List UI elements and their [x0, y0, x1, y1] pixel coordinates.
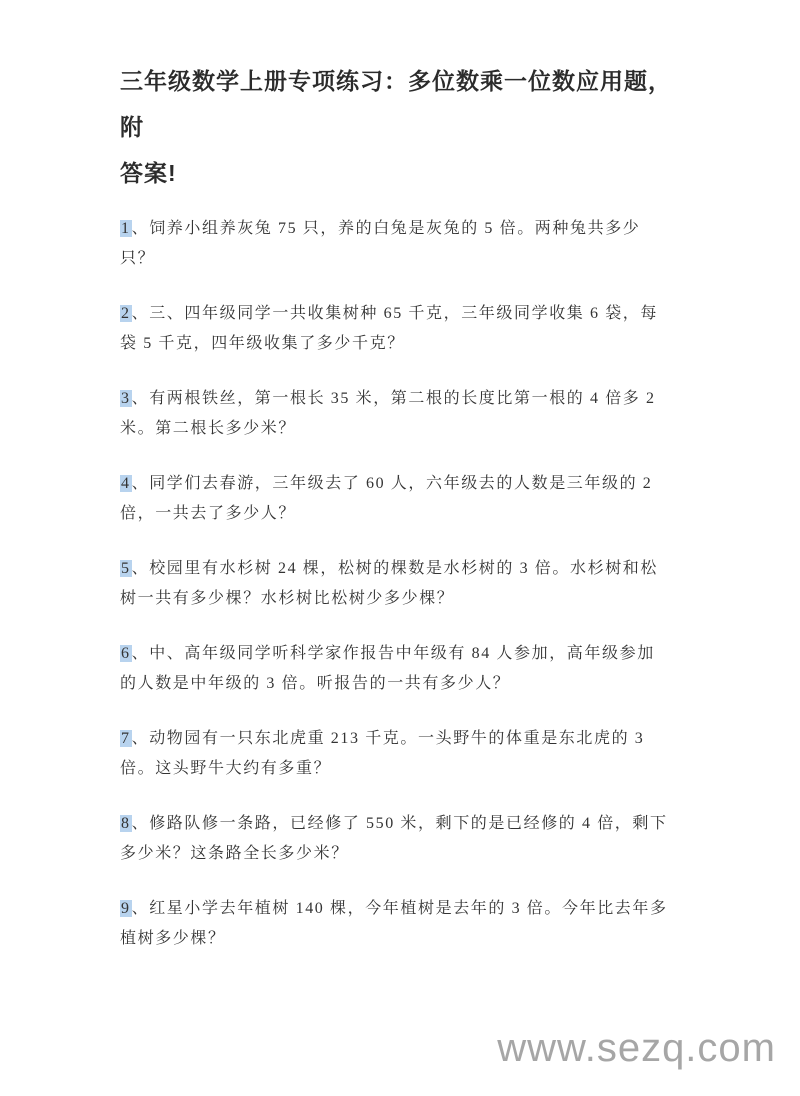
worksheet-page: 三年级数学上册专项练习：多位数乘一位数应用题，附答案! 1、饲养小组养灰兔 75…	[0, 0, 800, 1096]
problem-number-highlight: 3	[120, 390, 132, 407]
problem-item-1: 1、饲养小组养灰兔 75 只，养的白兔是灰兔的 5 倍。两种兔共多少 只？	[120, 214, 680, 274]
problem-item-2: 2、三、四年级同学一共收集树种 65 千克，三年级同学收集 6 袋，每 袋 5 …	[120, 299, 680, 359]
problem-line: 只？	[120, 244, 680, 274]
problem-line: 的人数是中年级的 3 倍。听报告的一共有多少人？	[120, 669, 680, 699]
problem-number-highlight: 1	[120, 220, 132, 237]
problem-number-highlight: 2	[120, 305, 132, 322]
problem-line: 8、修路队修一条路，已经修了 550 米，剩下的是已经修的 4 倍，剩下	[120, 809, 680, 839]
problem-number-highlight: 6	[120, 645, 132, 662]
problem-line: 5、校园里有水杉树 24 棵，松树的棵数是水杉树的 3 倍。水杉树和松	[120, 554, 680, 584]
problem-text: 、同学们去春游，三年级去了 60 人，六年级去的人数是三年级的 2	[132, 475, 653, 492]
problem-line: 9、红星小学去年植树 140 棵，今年植树是去年的 3 倍。今年比去年多	[120, 894, 680, 924]
page-title-line-2: 答案!	[120, 160, 177, 186]
problem-line: 袋 5 千克，四年级收集了多少千克？	[120, 329, 680, 359]
problem-line: 6、中、高年级同学听科学家作报告中年级有 84 人参加，高年级参加	[120, 639, 680, 669]
problem-line: 树一共有多少棵？水杉树比松树少多少棵？	[120, 584, 680, 614]
problem-text: 、校园里有水杉树 24 棵，松树的棵数是水杉树的 3 倍。水杉树和松	[132, 560, 658, 577]
problem-line: 3、有两根铁丝，第一根长 35 米，第二根的长度比第一根的 4 倍多 2	[120, 384, 680, 414]
problem-text: 、修路队修一条路，已经修了 550 米，剩下的是已经修的 4 倍，剩下	[132, 815, 668, 832]
page-title-line-1: 三年级数学上册专项练习：多位数乘一位数应用题，附	[120, 68, 672, 140]
watermark: www.sezq.com	[497, 1028, 776, 1068]
problem-line: 多少米？这条路全长多少米？	[120, 839, 680, 869]
problem-item-7: 7、动物园有一只东北虎重 213 千克。一头野牛的体重是东北虎的 3 倍。这头野…	[120, 724, 680, 784]
problem-item-3: 3、有两根铁丝，第一根长 35 米，第二根的长度比第一根的 4 倍多 2 米。第…	[120, 384, 680, 444]
problem-number-highlight: 4	[120, 475, 132, 492]
problem-item-5: 5、校园里有水杉树 24 棵，松树的棵数是水杉树的 3 倍。水杉树和松 树一共有…	[120, 554, 680, 614]
problem-line: 2、三、四年级同学一共收集树种 65 千克，三年级同学收集 6 袋，每	[120, 299, 680, 329]
problem-line: 4、同学们去春游，三年级去了 60 人，六年级去的人数是三年级的 2	[120, 469, 680, 499]
problem-number-highlight: 9	[120, 900, 132, 917]
problem-line: 植树多少棵？	[120, 924, 680, 954]
problem-text: 、饲养小组养灰兔 75 只，养的白兔是灰兔的 5 倍。两种兔共多少	[132, 220, 641, 237]
problem-item-6: 6、中、高年级同学听科学家作报告中年级有 84 人参加，高年级参加 的人数是中年…	[120, 639, 680, 699]
problem-item-8: 8、修路队修一条路，已经修了 550 米，剩下的是已经修的 4 倍，剩下 多少米…	[120, 809, 680, 869]
problem-text: 、三、四年级同学一共收集树种 65 千克，三年级同学收集 6 袋，每	[132, 305, 658, 322]
problem-text: 、动物园有一只东北虎重 213 千克。一头野牛的体重是东北虎的 3	[132, 730, 645, 747]
problem-line: 米。第二根长多少米？	[120, 414, 680, 444]
problem-number-highlight: 5	[120, 560, 132, 577]
problem-number-highlight: 8	[120, 815, 132, 832]
problem-text: 、红星小学去年植树 140 棵，今年植树是去年的 3 倍。今年比去年多	[132, 900, 668, 917]
problem-item-4: 4、同学们去春游，三年级去了 60 人，六年级去的人数是三年级的 2 倍，一共去…	[120, 469, 680, 529]
problem-text: 、有两根铁丝，第一根长 35 米，第二根的长度比第一根的 4 倍多 2	[132, 390, 656, 407]
page-title: 三年级数学上册专项练习：多位数乘一位数应用题，附答案!	[120, 58, 680, 196]
problem-line: 7、动物园有一只东北虎重 213 千克。一头野牛的体重是东北虎的 3	[120, 724, 680, 754]
problem-line: 1、饲养小组养灰兔 75 只，养的白兔是灰兔的 5 倍。两种兔共多少	[120, 214, 680, 244]
problem-line: 倍，一共去了多少人？	[120, 499, 680, 529]
problem-text: 、中、高年级同学听科学家作报告中年级有 84 人参加，高年级参加	[132, 645, 655, 662]
problem-line: 倍。这头野牛大约有多重？	[120, 754, 680, 784]
problem-number-highlight: 7	[120, 730, 132, 747]
problem-item-9: 9、红星小学去年植树 140 棵，今年植树是去年的 3 倍。今年比去年多 植树多…	[120, 894, 680, 954]
